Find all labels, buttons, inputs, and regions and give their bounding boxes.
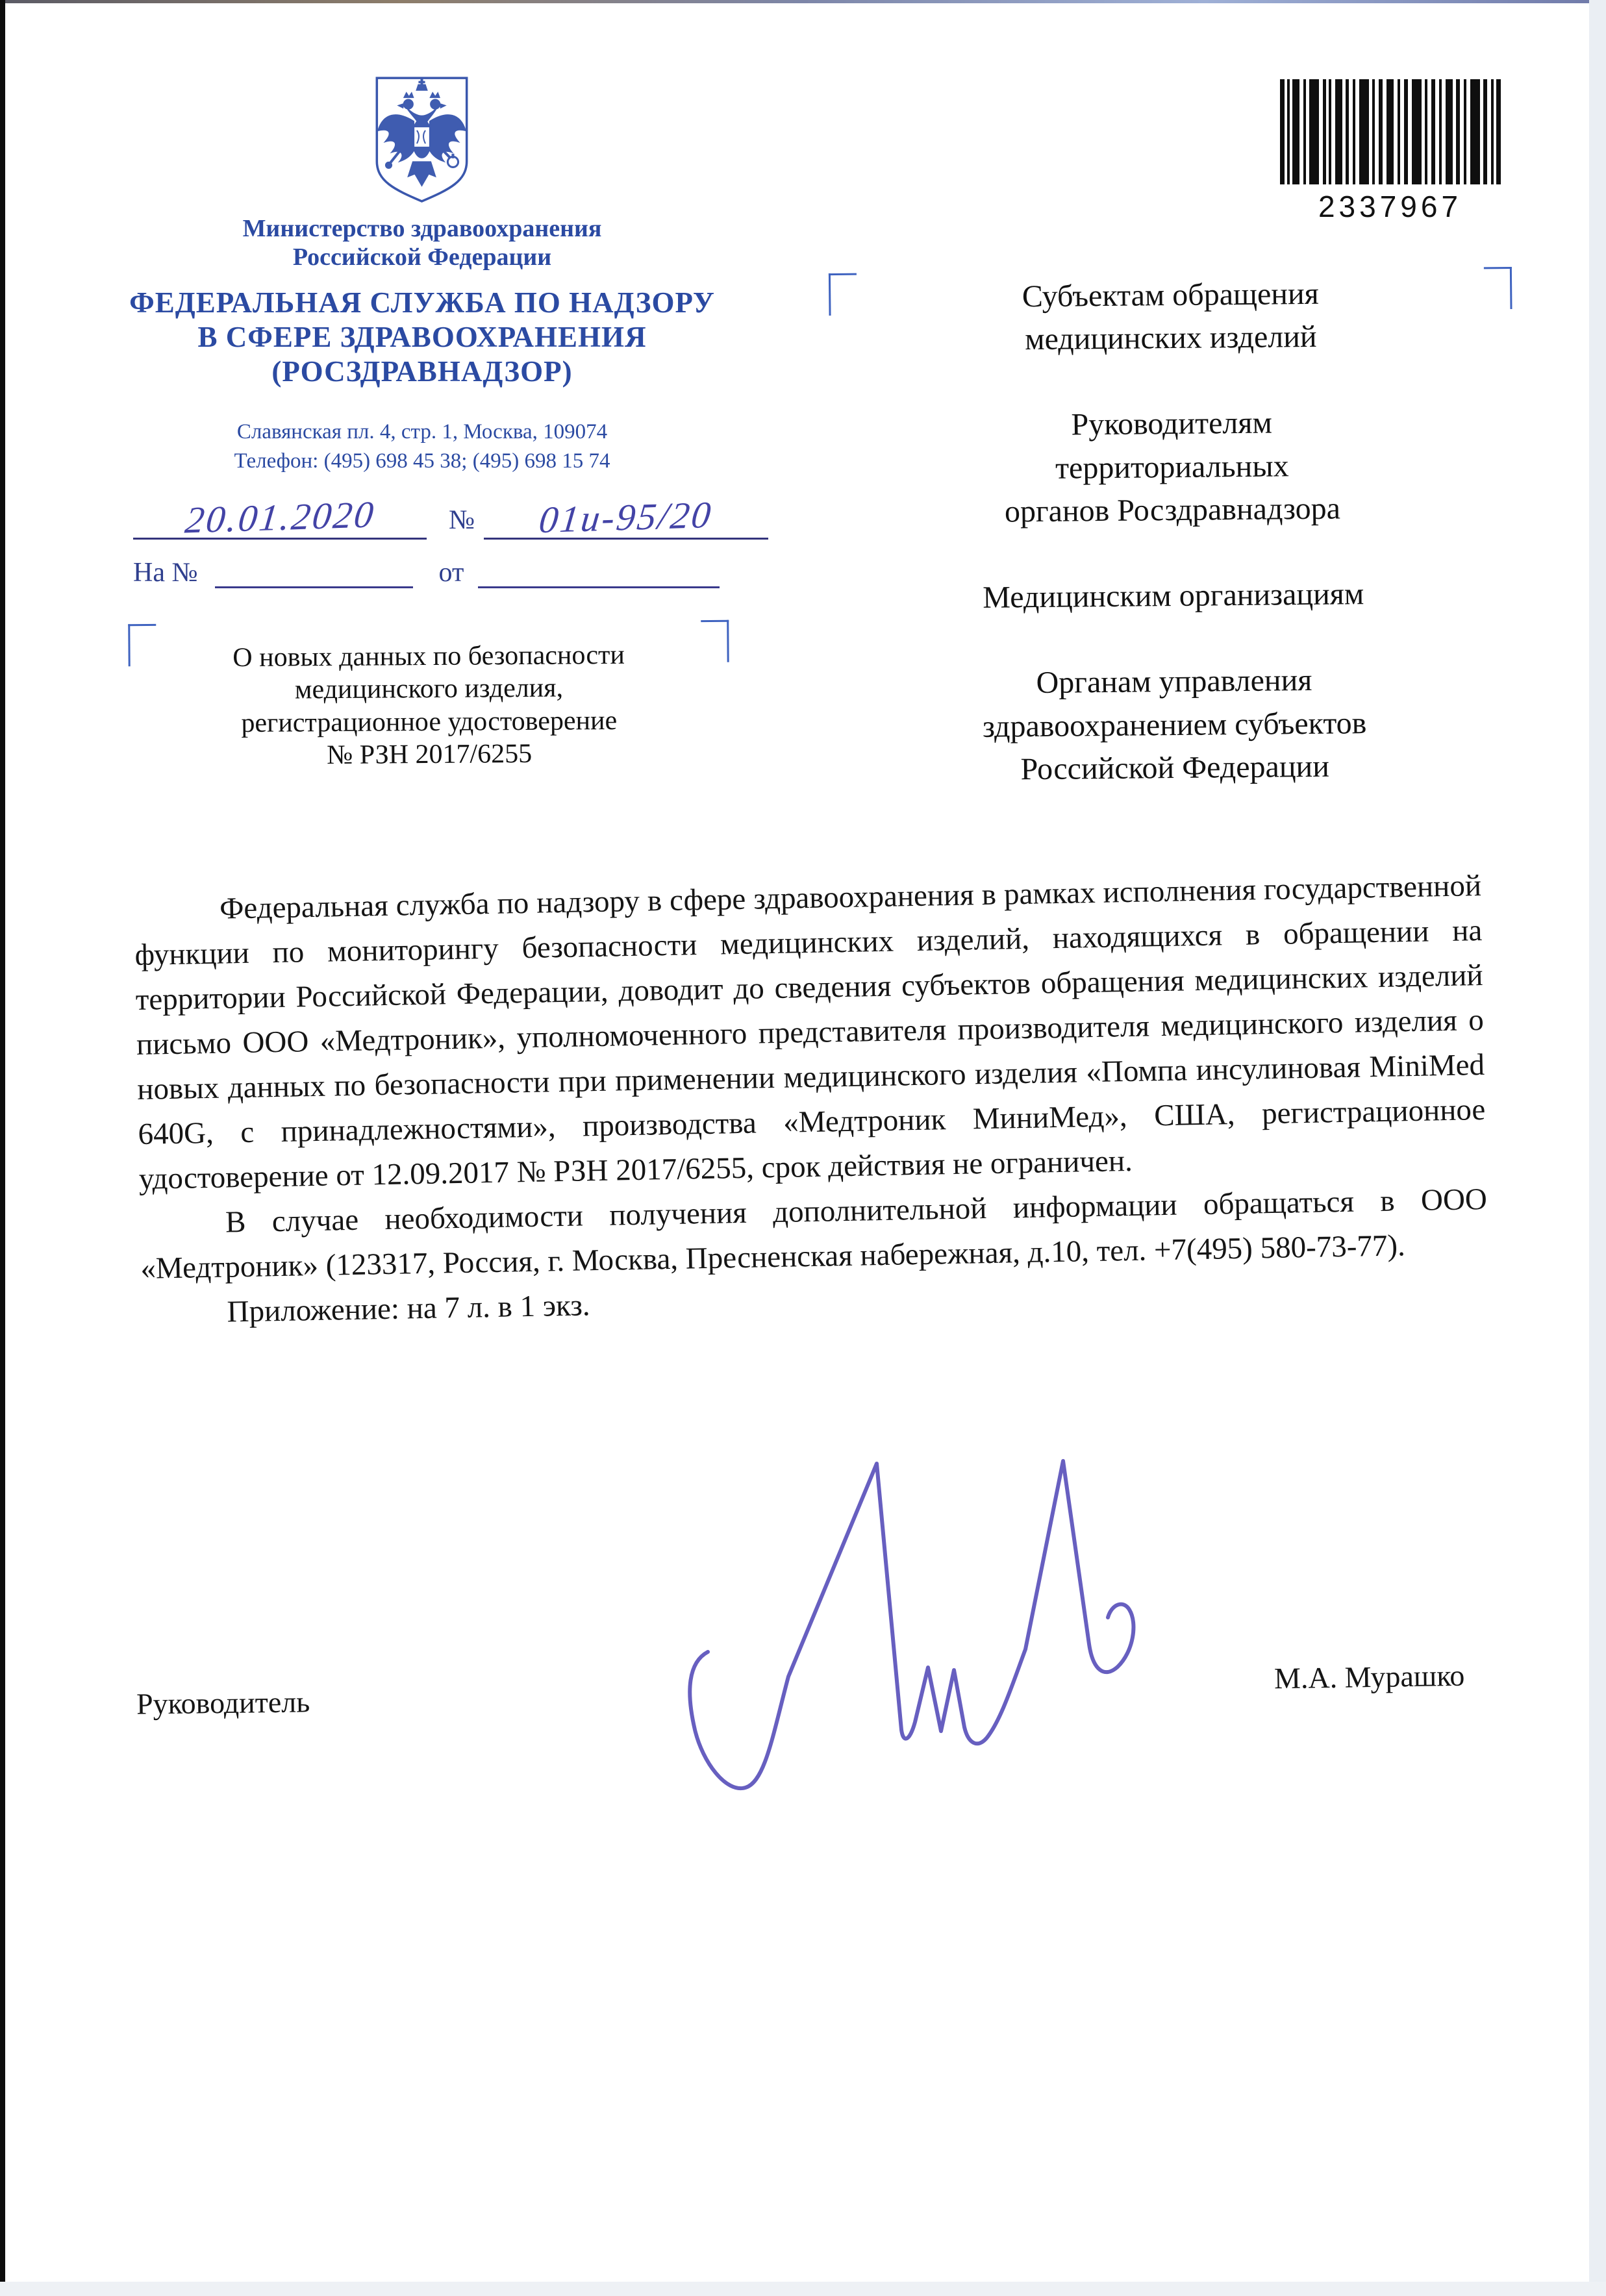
subject-block: О новых данных по безопасности медицинск… bbox=[128, 614, 730, 773]
scan-edge-left bbox=[0, 0, 5, 2296]
addressee-line: органов Росздравнадзора bbox=[831, 486, 1514, 535]
addressee-line: здравоохранением субъектов bbox=[833, 701, 1516, 750]
addressee-block: Субъектам обращения медицинских изделий … bbox=[829, 260, 1517, 836]
signer-title: Руководитель bbox=[136, 1684, 310, 1721]
subject-line: медицинского изделия, bbox=[129, 671, 729, 708]
subject-corner-left-icon bbox=[128, 624, 156, 666]
addressee-line: Российской Федерации bbox=[833, 743, 1517, 793]
scan-edge-top bbox=[0, 0, 1606, 3]
reply-date-blank bbox=[478, 556, 720, 588]
addressee-line: территориальных bbox=[831, 443, 1514, 492]
scanned-letter-page: Министерство здравоохранения Российской … bbox=[0, 0, 1606, 2296]
scan-edge-right bbox=[1589, 0, 1606, 2296]
reply-from-label: от bbox=[439, 557, 464, 588]
addressee-line: Руководителям bbox=[830, 399, 1514, 449]
addressee-corner-right-icon bbox=[1484, 267, 1512, 309]
handwritten-date: 20.01.2020 bbox=[183, 495, 377, 539]
service-name-line3: (РОСЗДРАВНАДЗОР) bbox=[75, 355, 770, 389]
addressee-corner-left-icon bbox=[829, 273, 857, 316]
letter-body: Федеральная служба по надзору в сфере зд… bbox=[134, 864, 1489, 1336]
reference-block: 20.01.2020 № 01и-95/20 На № от bbox=[133, 499, 789, 588]
scan-edge-bottom bbox=[0, 2282, 1606, 2296]
ministry-name-line1: Министерство здравоохранения bbox=[75, 214, 770, 243]
subject-line: регистрационное удостоверение bbox=[129, 704, 729, 741]
ministry-name-line2: Российской Федерации bbox=[75, 243, 770, 271]
reply-number-blank bbox=[215, 556, 413, 588]
subject-line: № РЗН 2017/6255 bbox=[129, 736, 729, 773]
russia-coat-of-arms-icon bbox=[367, 73, 477, 204]
addressee-line: медицинских изделий bbox=[829, 314, 1513, 363]
number-sign-label: № bbox=[449, 505, 475, 540]
date-field: 20.01.2020 bbox=[133, 499, 427, 540]
subject-corner-right-icon bbox=[701, 620, 729, 662]
handwritten-signature-icon bbox=[597, 1449, 1156, 1819]
letterhead-address: Славянская пл. 4, стр. 1, Москва, 109074 bbox=[75, 418, 770, 447]
barcode: 2337967 bbox=[1278, 79, 1502, 224]
outgoing-number-field: 01и-95/20 bbox=[484, 499, 768, 540]
addressee-group: Субъектам обращения медицинских изделий bbox=[829, 271, 1512, 364]
reply-to-label: На № bbox=[133, 557, 198, 588]
letterhead-phone: Телефон: (495) 698 45 38; (495) 698 15 7… bbox=[75, 447, 770, 476]
barcode-bars-icon bbox=[1280, 79, 1501, 184]
letterhead: Министерство здравоохранения Российской … bbox=[75, 73, 770, 476]
signer-name: М.А. Мурашко bbox=[1274, 1658, 1465, 1696]
addressee-group: Руководителям территориальных органов Ро… bbox=[830, 399, 1514, 535]
barcode-number: 2337967 bbox=[1278, 189, 1502, 224]
service-name-line1: ФЕДЕРАЛЬНАЯ СЛУЖБА ПО НАДЗОРУ bbox=[75, 286, 770, 320]
subject-line: О новых данных по безопасности bbox=[128, 638, 729, 675]
addressee-line: Медицинским организациям bbox=[831, 571, 1515, 621]
service-name-line2: В СФЕРЕ ЗДРАВООХРАНЕНИЯ bbox=[75, 320, 770, 355]
body-paragraph-1: Федеральная служба по надзору в сфере зд… bbox=[134, 864, 1487, 1202]
addressee-line: Органам управления bbox=[833, 657, 1516, 706]
addressee-group: Органам управления здравоохранением субъ… bbox=[833, 657, 1517, 793]
handwritten-number: 01и-95/20 bbox=[538, 496, 715, 539]
addressee-group: Медицинским организациям bbox=[831, 571, 1515, 621]
addressee-line: Субъектам обращения bbox=[829, 271, 1512, 320]
